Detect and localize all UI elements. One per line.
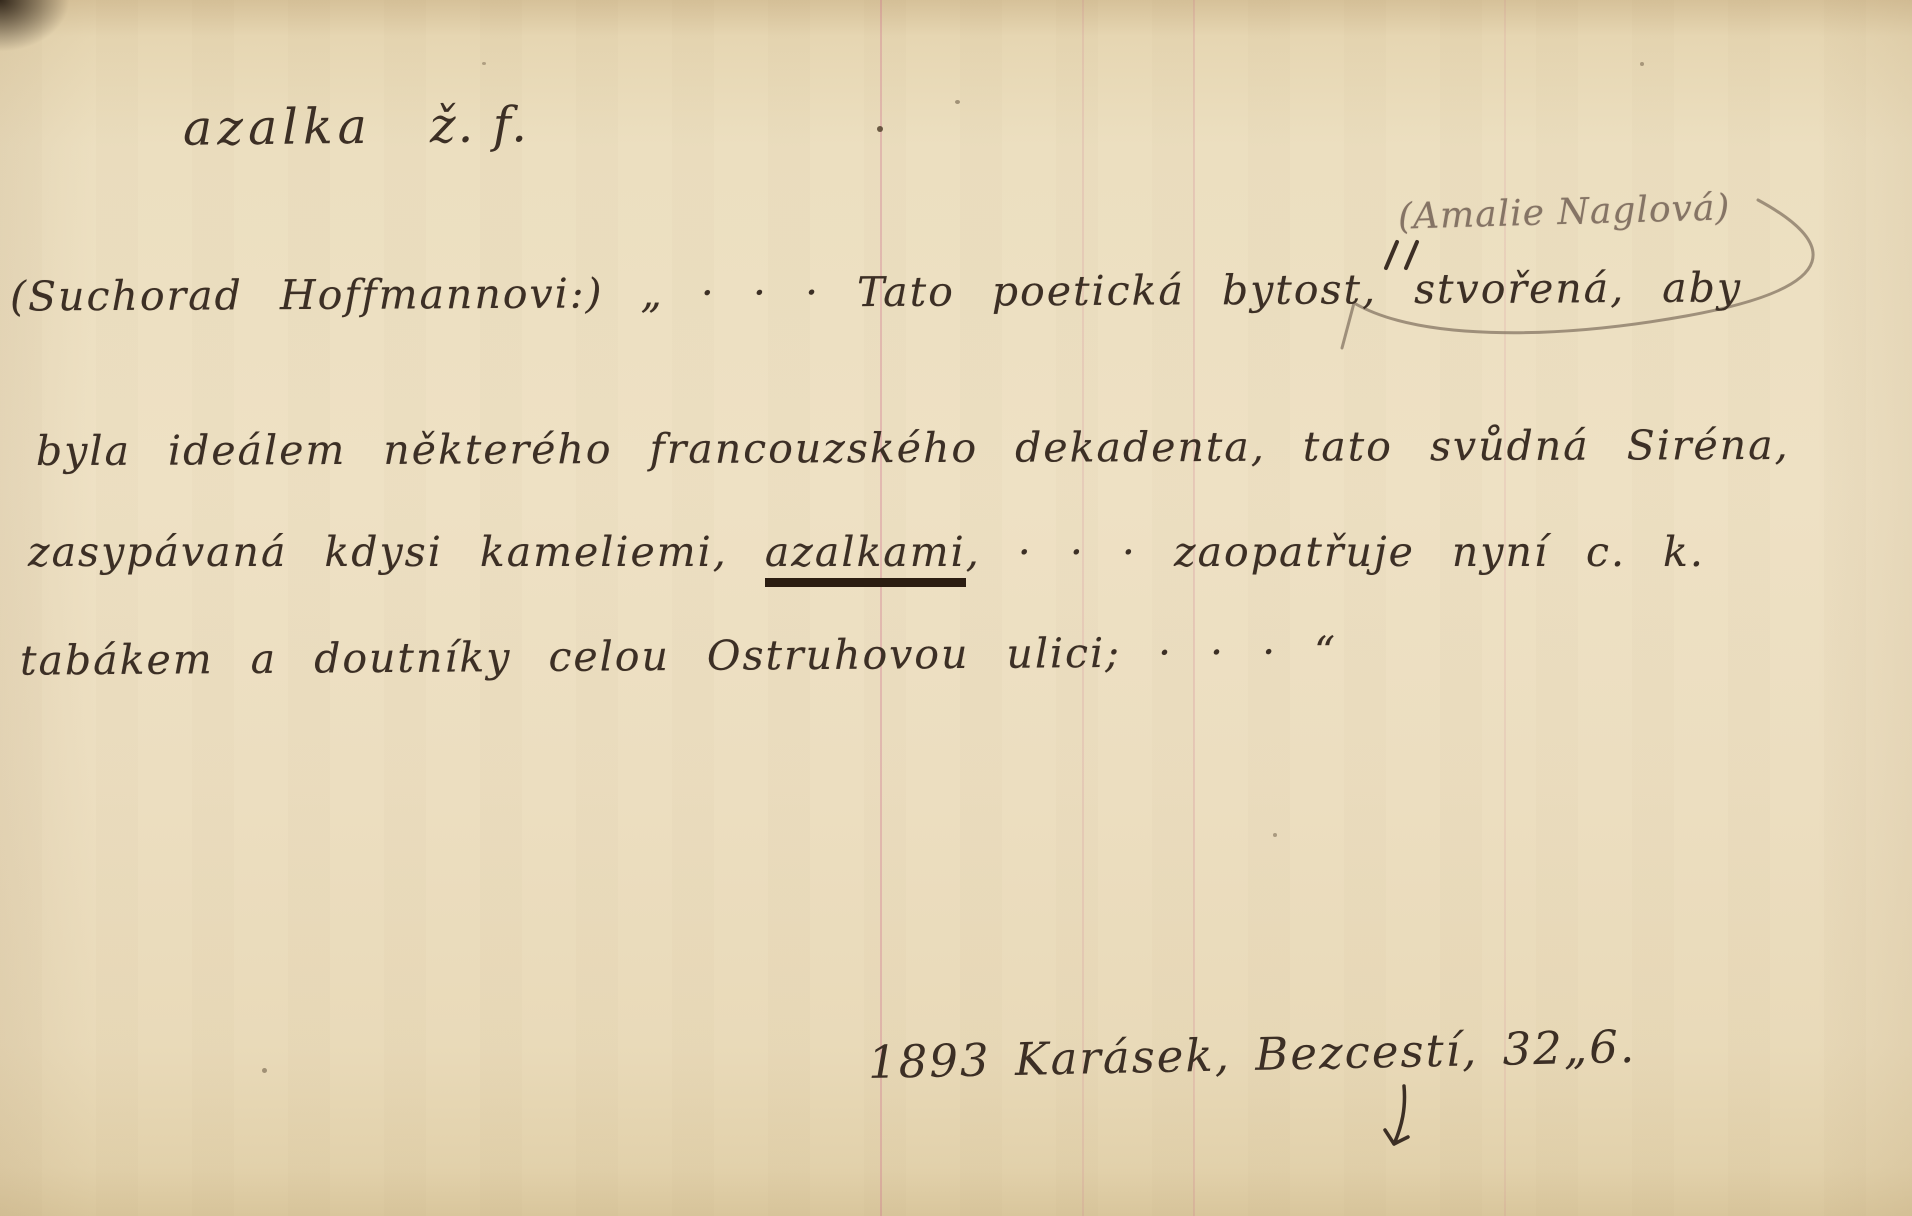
paper-speck bbox=[877, 126, 883, 132]
paper-speck bbox=[955, 100, 960, 104]
pink-rule bbox=[880, 0, 882, 1216]
quote-line-4: tabákem a doutníky celou Ostruhovou ulic… bbox=[20, 627, 1337, 684]
quote-line-1: (Suchorad Hoffmannovi:) „ · · · Tato poe… bbox=[10, 263, 1742, 320]
underlined-headword-occurrence: azalkami bbox=[765, 528, 966, 587]
quote-line-3-post: , · · · zaopatřuje nyní c. k. bbox=[966, 528, 1705, 576]
corner-shadow bbox=[0, 0, 70, 52]
excerpt-card: azalkaž. f. (Amalie Naglová) (Suchorad H… bbox=[0, 0, 1912, 1216]
paper-speck bbox=[482, 62, 486, 65]
paper-speck bbox=[1273, 833, 1277, 837]
insertion-caret-icon bbox=[1386, 242, 1417, 268]
quote-line-3-pre: zasypávaná kdysi kameliemi, bbox=[28, 528, 765, 576]
headword: azalka bbox=[183, 98, 372, 157]
quote-line-2: byla ideálem některého francouzského dek… bbox=[36, 421, 1790, 475]
quote-line-3: zasypávaná kdysi kameliemi, azalkami, · … bbox=[28, 528, 1705, 576]
paper-speck bbox=[1640, 62, 1644, 66]
citation-line: 1893 Karásek, Bezcestí, 32„6. bbox=[868, 1020, 1637, 1089]
headword-line: azalkaž. f. bbox=[183, 96, 529, 157]
paper-speck bbox=[262, 1068, 267, 1073]
gender-marker: ž. f. bbox=[430, 96, 530, 154]
pencil-annotation: (Amalie Naglová) bbox=[1397, 187, 1730, 237]
citation-caret-icon bbox=[1385, 1086, 1408, 1144]
